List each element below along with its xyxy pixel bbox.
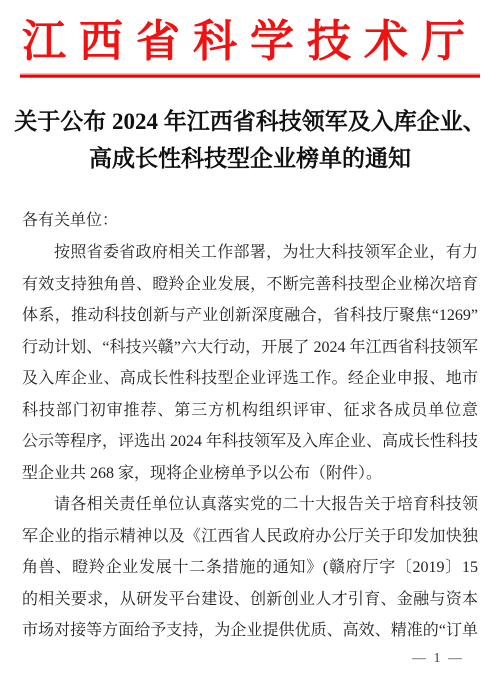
body-text-line: 市场对接等方面给予支持，为企业提供优质、高效、精准的“订单 <box>22 615 478 647</box>
body-text-line: 按照省委省政府相关工作部署，为壮大科技领军企业，有力 <box>22 237 478 269</box>
document-body: 各有关单位： 按照省委省政府相关工作部署，为壮大科技领军企业，有力有效支持独角兽… <box>22 205 478 647</box>
body-text-line: 科技部门初审推荐、第三方机构组织评审、征求各成员单位意见、 <box>22 395 478 427</box>
body-text-line: 行动计划、“科技兴赣”六大行动，开展了 2024 年江西省科技领军 <box>22 332 478 364</box>
body-text-line: 型企业共 268 家，现将企业榜单予以公布（附件）。 <box>22 458 478 490</box>
body-text-line: 公示等程序，评选出 2024 年科技领军及入库企业、高成长性科技 <box>22 426 478 458</box>
agency-header: 江西省科学技术厅 <box>0 0 500 70</box>
body-text-line: 的相关要求，从研发平台建设、创新创业人才引育、金融与资本 <box>22 584 478 616</box>
body-text-line: 请各相关责任单位认真落实党的二十大报告关于培育科技领 <box>22 489 478 521</box>
document-page: 江西省科学技术厅 关于公布 2024 年江西省科技领军及入库企业、 高成长性科技… <box>0 0 500 677</box>
body-text-line: 角兽、瞪羚企业发展十二条措施的通知》(赣府厅字〔2019〕15 号) <box>22 552 478 584</box>
red-divider-line <box>20 73 480 78</box>
page-number: — 1 — <box>412 651 464 667</box>
salutation: 各有关单位： <box>22 205 478 237</box>
body-text-line: 体系，推动科技创新与产业创新深度融合，省科技厅聚焦“1269” <box>22 300 478 332</box>
title-line-1: 关于公布 2024 年江西省科技领军及入库企业、 <box>10 103 490 140</box>
title-line-2: 高成长性科技型企业榜单的通知 <box>10 140 490 177</box>
body-text-line: 及入库企业、高成长性科技型企业评选工作。经企业申报、地市 <box>22 363 478 395</box>
document-title: 关于公布 2024 年江西省科技领军及入库企业、 高成长性科技型企业榜单的通知 <box>10 103 490 177</box>
body-paragraphs: 按照省委省政府相关工作部署，为壮大科技领军企业，有力有效支持独角兽、瞪羚企业发展… <box>22 237 478 647</box>
body-text-line: 有效支持独角兽、瞪羚企业发展，不断完善科技型企业梯次培育 <box>22 269 478 301</box>
body-text-line: 军企业的指示精神以及《江西省人民政府办公厅关于印发加快独 <box>22 521 478 553</box>
